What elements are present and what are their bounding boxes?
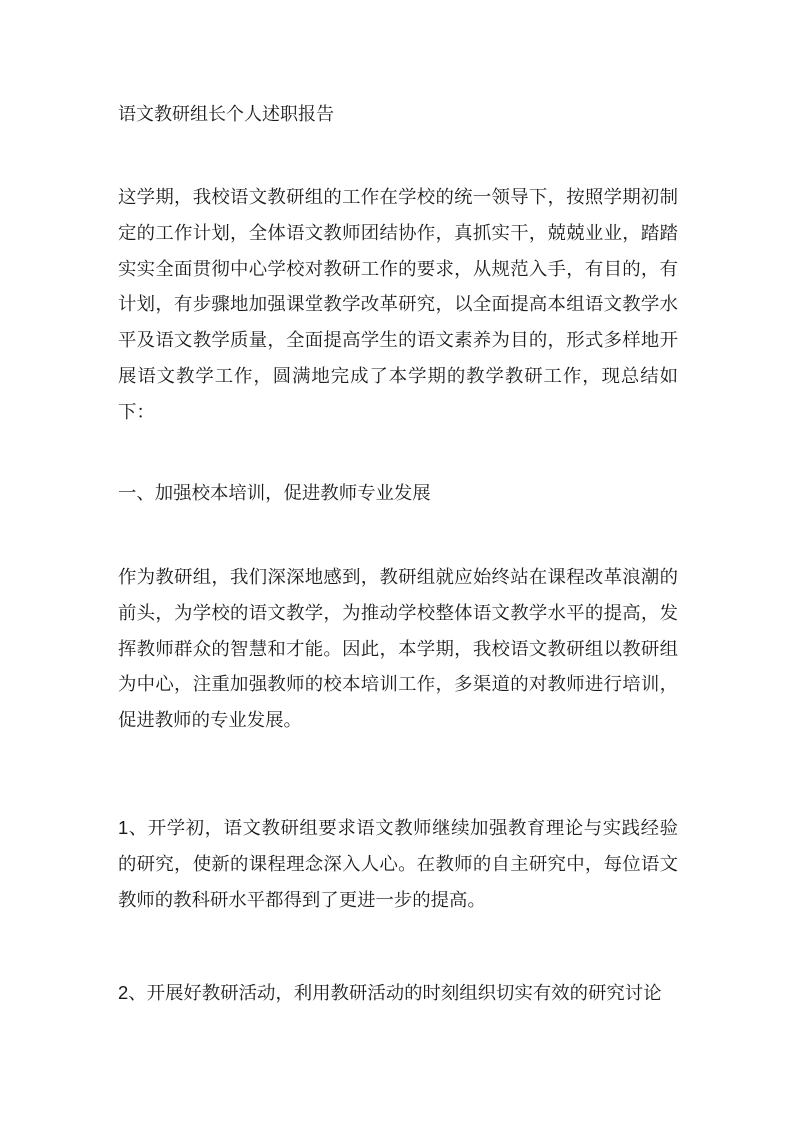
list-item-2: 2、开展好教研活动，利用教研活动的时刻组织切实有效的研究讨论 bbox=[118, 975, 678, 1012]
list-item-text: 、开展好教研活动，利用教研活动的时刻组织切实有效的研究讨论 bbox=[128, 983, 661, 1004]
list-item-text: 、开学初，语文教研组要求语文教师继续加强教育理论与实践经验的研究，使新的课程理念… bbox=[118, 818, 678, 911]
intro-paragraph: 这学期，我校语文教研组的工作在学校的统一领导下，按照学期初制定的工作计划，全体语… bbox=[118, 180, 678, 431]
section-heading: 一、加强校本培训，促进教师专业发展 bbox=[118, 482, 431, 506]
list-item-number: 1 bbox=[118, 817, 128, 838]
section-paragraph: 作为教研组，我们深深地感到，教研组就应始终站在课程改革浪潮的前头，为学校的语文教… bbox=[118, 560, 678, 739]
document-title: 语文教研组长个人述职报告 bbox=[118, 103, 334, 127]
list-item-1: 1、开学初，语文教研组要求语文教师继续加强教育理论与实践经验的研究，使新的课程理… bbox=[118, 810, 678, 918]
list-item-number: 2 bbox=[118, 982, 128, 1003]
